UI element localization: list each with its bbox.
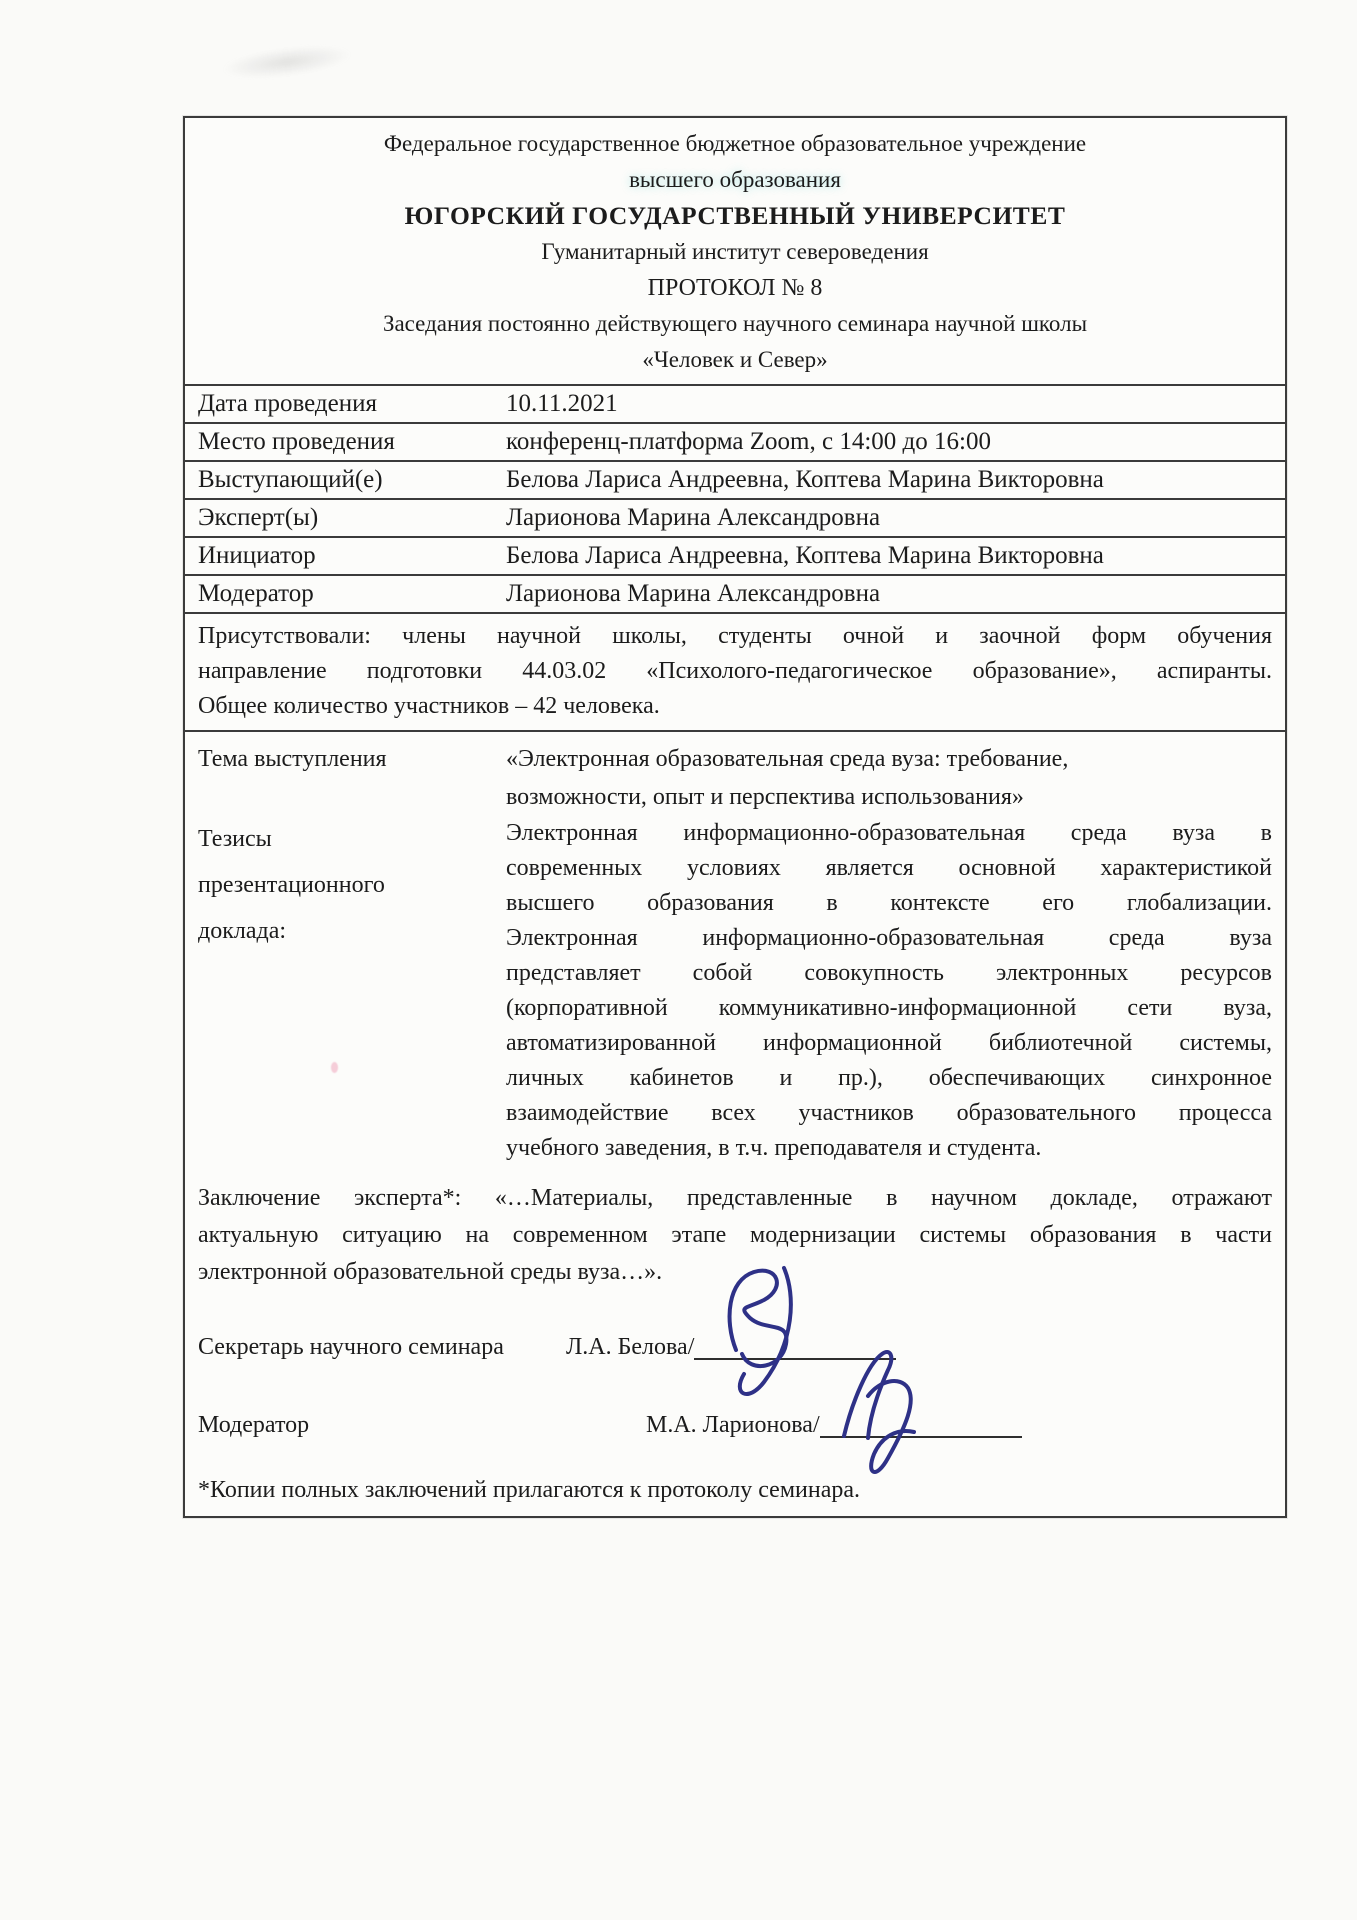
signature-role-moderator: Модератор (198, 1412, 646, 1439)
topic-label: Тема выступления (198, 740, 506, 816)
signature-line-larionova (820, 1402, 1022, 1438)
signature-role-secretary: Секретарь научного семинара (198, 1334, 566, 1361)
theses-row: Тезисыпрезентационногодоклада: Электронн… (198, 816, 1272, 1166)
info-row-place: Место проведения конференц-платформа Zoo… (185, 422, 1285, 460)
seminar-session-line: Заседания постоянно действующего научног… (213, 306, 1257, 342)
info-row-experts: Эксперт(ы) Ларионова Марина Александровн… (185, 498, 1285, 536)
scan-smudge-artifact (221, 40, 353, 84)
info-value-speakers: Белова Лариса Андреевна, Коптева Марина … (506, 466, 1275, 494)
info-row-date: Дата проведения 10.11.2021 (185, 384, 1285, 422)
header-education-line: высшего образования (213, 162, 1257, 198)
topic-row: Тема выступления «Электронная образовате… (198, 740, 1272, 816)
science-school-name: «Человек и Север» (213, 342, 1257, 378)
footnote: *Копии полных заключений прилагаются к п… (185, 1439, 1285, 1516)
scanned-protocol-page: Федеральное государственное бюджетное об… (0, 0, 1357, 1920)
info-value-initiator: Белова Лариса Андреевна, Коптева Марина … (506, 542, 1275, 570)
info-label-speakers: Выступающий(е) (198, 466, 506, 494)
theses-label: Тезисыпрезентационногодоклада: (198, 816, 506, 1166)
info-label-initiator: Инициатор (198, 542, 506, 570)
info-value-experts: Ларионова Марина Александровна (506, 504, 1275, 532)
topic-section: Тема выступления «Электронная образовате… (185, 732, 1285, 1166)
attendees-paragraph: Присутствовали: члены научной школы, сту… (185, 612, 1285, 732)
topic-value: «Электронная образовательная среда вуза:… (506, 740, 1272, 816)
signature-row-secretary: Секретарь научного семинара Л.А. Белова/ (185, 1323, 1285, 1361)
protocol-number-title: ПРОТОКОЛ № 8 (213, 270, 1257, 306)
header-institution-line: Федеральное государственное бюджетное об… (213, 126, 1257, 162)
info-value-place: конференц-платформа Zoom, с 14:00 до 16:… (506, 428, 1275, 456)
theses-text: Электронная информационно-образовательна… (506, 816, 1272, 1166)
info-row-initiator: Инициатор Белова Лариса Андреевна, Копте… (185, 536, 1285, 574)
document-header: Федеральное государственное бюджетное об… (185, 118, 1285, 384)
info-value-date: 10.11.2021 (506, 390, 1275, 418)
info-label-moderator: Модератор (198, 580, 506, 608)
info-label-experts: Эксперт(ы) (198, 504, 506, 532)
institute-name: Гуманитарный институт североведения (213, 234, 1257, 270)
info-row-moderator: Модератор Ларионова Марина Александровна (185, 574, 1285, 612)
signature-name-belova: Л.А. Белова/ (566, 1334, 694, 1361)
protocol-document: Федеральное государственное бюджетное об… (183, 116, 1287, 1518)
info-value-moderator: Ларионова Марина Александровна (506, 580, 1275, 608)
university-name: ЮГОРСКИЙ ГОСУДАРСТВЕННЫЙ УНИВЕРСИТЕТ (213, 198, 1257, 234)
handwritten-signature-larionova-icon (824, 1340, 980, 1496)
info-label-place: Место проведения (198, 428, 506, 456)
info-label-date: Дата проведения (198, 390, 506, 418)
info-row-speakers: Выступающий(е) Белова Лариса Андреевна, … (185, 460, 1285, 498)
